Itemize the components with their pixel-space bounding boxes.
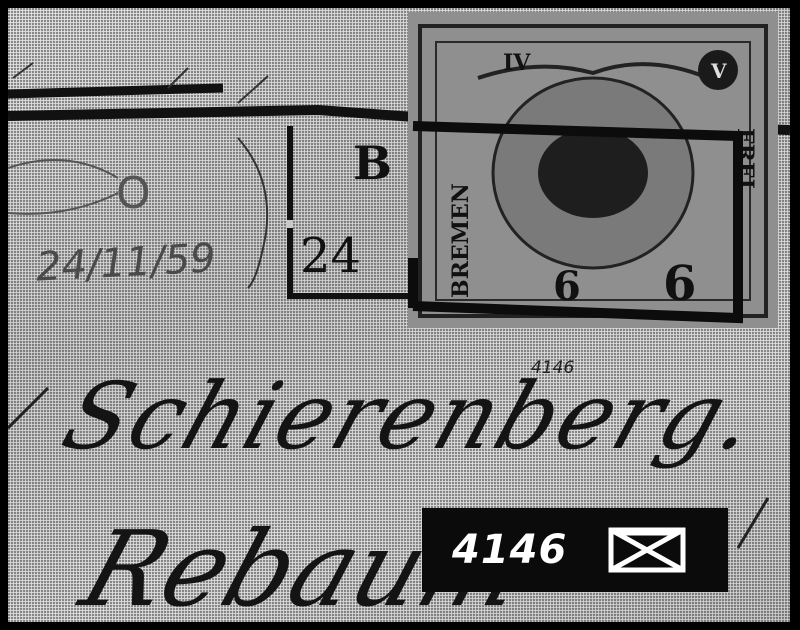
postmark-day: 24 — [300, 228, 361, 284]
svg-text:6: 6 — [553, 263, 581, 310]
stamp: V IV BREMEN FREI 6 6 — [408, 12, 778, 328]
pencil-date: 24/11/59 — [35, 235, 217, 290]
svg-text:6: 6 — [663, 256, 696, 312]
pencil-mark: O — [116, 168, 151, 219]
svg-text:BREMEN: BREMEN — [448, 183, 474, 298]
svg-text:IV: IV — [503, 50, 531, 76]
envelope-icon — [607, 526, 687, 574]
svg-text:V: V — [710, 59, 727, 83]
postmark-letter: B — [353, 136, 393, 190]
postal-cover-photo: V IV BREMEN FREI 6 6 B 24 O 24/11/59 414… — [8, 8, 790, 622]
catalog-label: 4146 — [422, 508, 728, 592]
label-number: 4146 — [452, 527, 567, 573]
address-line-1: Schierenberg. — [51, 363, 773, 470]
